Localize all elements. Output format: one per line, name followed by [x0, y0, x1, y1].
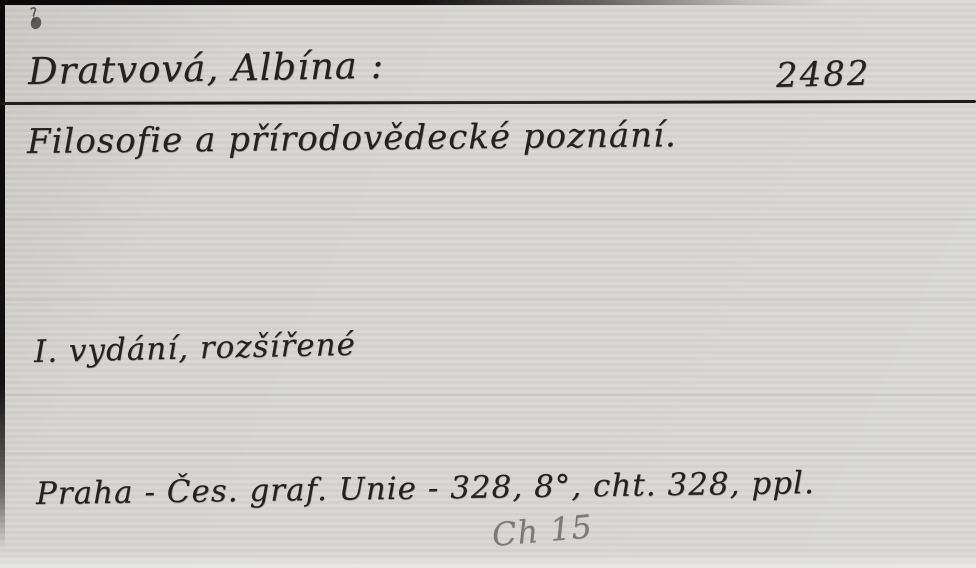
author-heading: Dratvová, Albína :	[28, 44, 385, 93]
scan-edge-left	[0, 0, 5, 548]
scan-edge-top	[0, 0, 830, 5]
scan-bottom-highlight	[0, 552, 976, 568]
catalog-card-scan: Dratvová, Albína : 2482 Filosofie a přír…	[0, 0, 976, 568]
paper-streak	[0, 299, 976, 301]
title-line: Filosofie a přírodovědecké poznání.	[27, 115, 677, 162]
imprint-line: Praha - Čes. graf. Unie - 328, 8°, cht. …	[36, 465, 815, 512]
paper-streak	[0, 394, 976, 396]
paper-streak	[0, 218, 976, 220]
header-rule	[0, 100, 976, 105]
paper-streak	[0, 452, 976, 454]
edition-line: I. vydání, rozšířené	[34, 327, 357, 370]
pencil-shelfmark: Ch 15	[490, 507, 594, 554]
ink-blot-icon	[26, 6, 46, 38]
card-number: 2482	[775, 54, 871, 96]
